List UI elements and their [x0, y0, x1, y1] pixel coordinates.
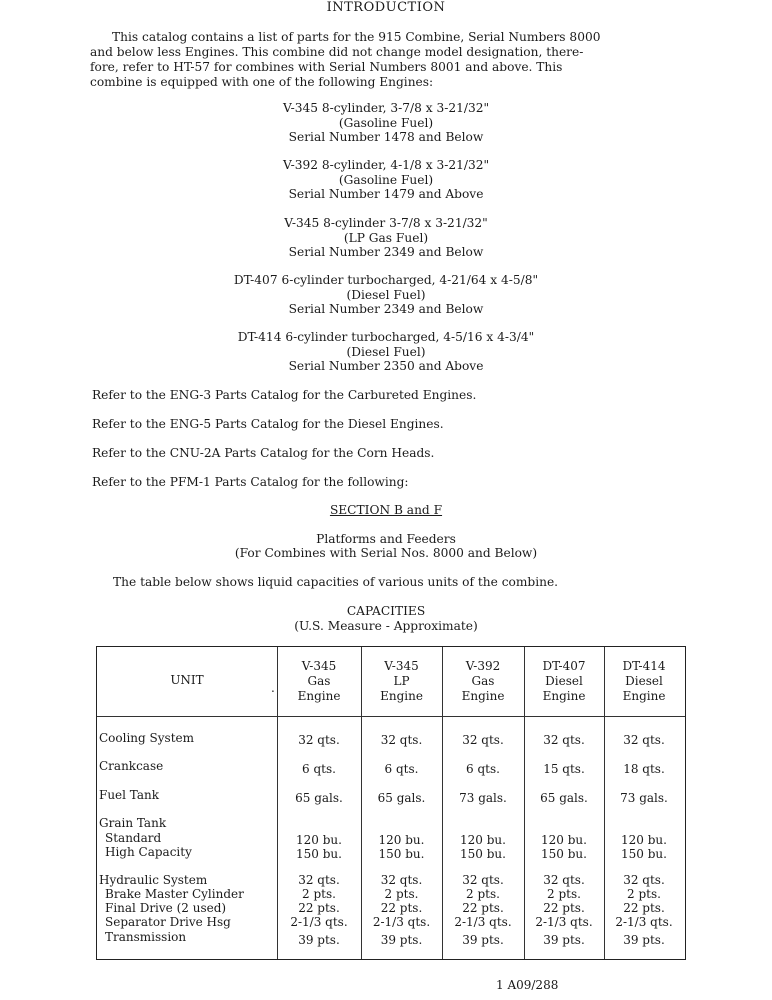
table-cell: 32 qts. — [361, 873, 442, 888]
column-header: DT-407 Diesel Engine — [524, 659, 604, 704]
column-header-fuel: LP — [361, 674, 442, 689]
row-label-fuel-tank: Fuel Tank — [99, 788, 159, 803]
table-cell: 2 pts. — [277, 887, 361, 902]
table-cell: 150 bu. — [361, 847, 442, 862]
column-header-type: Engine — [277, 689, 361, 704]
column-header-model: V-345 — [277, 659, 361, 674]
column-header: DT-414 Diesel Engine — [604, 659, 684, 704]
table-intro: The table below shows liquid capacities … — [113, 575, 558, 589]
intro-line-2: and below less Engines. This combine did… — [90, 45, 583, 59]
engine-spec: V-345 8-cylinder, 3-7/8 x 3-21/32" — [0, 101, 772, 116]
table-cell: 32 qts. — [277, 733, 361, 748]
section-subheading: Platforms and Feeders — [0, 532, 772, 547]
engine-fuel: (LP Gas Fuel) — [0, 231, 772, 246]
engine-block: DT-414 6-cylinder turbocharged, 4-5/16 x… — [0, 330, 772, 374]
column-header-type: Engine — [604, 689, 684, 704]
table-cell: 39 pts. — [442, 933, 524, 948]
table-cell: 73 gals. — [604, 791, 684, 806]
section-heading-text: SECTION B and F — [330, 503, 442, 517]
table-cell: 22 pts. — [524, 901, 604, 916]
table-cell: 120 bu. — [604, 833, 684, 848]
table-cell: 22 pts. — [361, 901, 442, 916]
engine-fuel: (Gasoline Fuel) — [0, 116, 772, 131]
column-header-type: Engine — [524, 689, 604, 704]
table-cell: 150 bu. — [277, 847, 361, 862]
table-cell: 120 bu. — [361, 833, 442, 848]
table-cell: 32 qts. — [361, 733, 442, 748]
column-header-type: Engine — [442, 689, 524, 704]
table-cell: 2 pts. — [361, 887, 442, 902]
intro-line-3: fore, refer to HT-57 for combines with S… — [90, 60, 562, 74]
column-header-model: DT-414 — [604, 659, 684, 674]
table-cell: 32 qts. — [442, 733, 524, 748]
table-cell: 39 pts. — [277, 933, 361, 948]
header-divider — [97, 716, 685, 717]
table-cell: 2-1/3 qts. — [442, 915, 524, 930]
table-cell: 65 gals. — [524, 791, 604, 806]
table-cell: 150 bu. — [604, 847, 684, 862]
column-header-fuel: Diesel — [604, 674, 684, 689]
row-label-final-drive: Final Drive (2 used) — [105, 901, 226, 916]
column-header-fuel: Gas — [442, 674, 524, 689]
column-header-type: Engine — [361, 689, 442, 704]
reference-cnu2a: Refer to the CNU-2A Parts Catalog for th… — [92, 446, 434, 460]
table-cell: 32 qts. — [277, 873, 361, 888]
intro-line-1: This catalog contains a list of parts fo… — [112, 30, 600, 44]
table-cell: 32 qts. — [524, 873, 604, 888]
table-cell: 32 qts. — [604, 873, 684, 888]
engine-serial: Serial Number 2349 and Below — [0, 302, 772, 317]
engine-serial: Serial Number 1478 and Below — [0, 130, 772, 145]
engine-block: V-392 8-cylinder, 4-1/8 x 3-21/32" (Gaso… — [0, 158, 772, 202]
table-cell: 2 pts. — [442, 887, 524, 902]
column-header-model: V-392 — [442, 659, 524, 674]
table-cell: 22 pts. — [277, 901, 361, 916]
section-note: (For Combines with Serial Nos. 8000 and … — [0, 546, 772, 561]
capacities-subtitle: (U.S. Measure - Approximate) — [0, 619, 772, 634]
column-header-model: DT-407 — [524, 659, 604, 674]
engine-fuel: (Diesel Fuel) — [0, 288, 772, 303]
engine-block: V-345 8-cylinder, 3-7/8 x 3-21/32" (Gaso… — [0, 101, 772, 145]
page-title: INTRODUCTION — [0, 0, 772, 15]
capacities-title: CAPACITIES — [0, 604, 772, 619]
capacities-table: UNIT . V-345 Gas Engine V-345 LP Engine … — [96, 646, 686, 960]
row-label-high-capacity: High Capacity — [105, 845, 192, 860]
table-cell: 32 qts. — [604, 733, 684, 748]
engine-spec: DT-414 6-cylinder turbocharged, 4-5/16 x… — [0, 330, 772, 345]
table-cell: 120 bu. — [524, 833, 604, 848]
column-header: V-345 Gas Engine — [277, 659, 361, 704]
table-cell: 32 qts. — [524, 733, 604, 748]
table-cell: 2-1/3 qts. — [277, 915, 361, 930]
row-label-brake-master-cylinder: Brake Master Cylinder — [105, 887, 244, 902]
table-cell: 39 pts. — [361, 933, 442, 948]
engine-serial: Serial Number 1479 and Above — [0, 187, 772, 202]
table-cell: 2 pts. — [604, 887, 684, 902]
table-cell: 22 pts. — [442, 901, 524, 916]
reference-eng5: Refer to the ENG-5 Parts Catalog for the… — [92, 417, 444, 431]
table-cell: 65 gals. — [361, 791, 442, 806]
row-label-grain-tank: Grain Tank — [99, 816, 166, 831]
row-label-standard: Standard — [105, 831, 161, 846]
engine-spec: DT-407 6-cylinder turbocharged, 4-21/64 … — [0, 273, 772, 288]
table-cell: 2-1/3 qts. — [524, 915, 604, 930]
row-label-transmission: Transmission — [105, 930, 186, 945]
column-header-fuel: Gas — [277, 674, 361, 689]
engine-spec: V-345 8-cylinder 3-7/8 x 3-21/32" — [0, 216, 772, 231]
engine-serial: Serial Number 2350 and Above — [0, 359, 772, 374]
table-cell: 2-1/3 qts. — [361, 915, 442, 930]
table-cell: 120 bu. — [442, 833, 524, 848]
table-cell: 65 gals. — [277, 791, 361, 806]
unit-header: UNIT — [97, 673, 277, 687]
page-footer-code: 1 A09/288 — [496, 978, 558, 992]
table-cell: 32 qts. — [442, 873, 524, 888]
table-cell: 2 pts. — [524, 887, 604, 902]
engine-block: DT-407 6-cylinder turbocharged, 4-21/64 … — [0, 273, 772, 317]
row-label-hydraulic-system: Hydraulic System — [99, 873, 207, 888]
table-cell: 150 bu. — [524, 847, 604, 862]
intro-line-4: combine is equipped with one of the foll… — [90, 75, 433, 89]
reference-pfm1: Refer to the PFM-1 Parts Catalog for the… — [92, 475, 409, 489]
table-cell: 73 gals. — [442, 791, 524, 806]
reference-eng3: Refer to the ENG-3 Parts Catalog for the… — [92, 388, 476, 402]
row-label-separator-drive-hsg: Separator Drive Hsg — [105, 915, 231, 930]
table-cell: 39 pts. — [524, 933, 604, 948]
table-cell: 6 qts. — [361, 762, 442, 777]
table-cell: 2-1/3 qts. — [604, 915, 684, 930]
column-header-fuel: Diesel — [524, 674, 604, 689]
table-cell: 150 bu. — [442, 847, 524, 862]
column-header: V-392 Gas Engine — [442, 659, 524, 704]
table-cell: 120 bu. — [277, 833, 361, 848]
stray-mark: . — [271, 681, 275, 695]
table-cell: 22 pts. — [604, 901, 684, 916]
table-cell: 39 pts. — [604, 933, 684, 948]
engine-serial: Serial Number 2349 and Below — [0, 245, 772, 260]
column-header-model: V-345 — [361, 659, 442, 674]
table-cell: 6 qts. — [442, 762, 524, 777]
row-label-crankcase: Crankcase — [99, 759, 163, 774]
engine-block: V-345 8-cylinder 3-7/8 x 3-21/32" (LP Ga… — [0, 216, 772, 260]
column-header: V-345 LP Engine — [361, 659, 442, 704]
table-cell: 15 qts. — [524, 762, 604, 777]
engine-fuel: (Gasoline Fuel) — [0, 173, 772, 188]
engine-fuel: (Diesel Fuel) — [0, 345, 772, 360]
section-heading: SECTION B and F — [0, 503, 772, 518]
table-cell: 18 qts. — [604, 762, 684, 777]
row-label-cooling-system: Cooling System — [99, 731, 194, 746]
table-cell: 6 qts. — [277, 762, 361, 777]
engine-spec: V-392 8-cylinder, 4-1/8 x 3-21/32" — [0, 158, 772, 173]
